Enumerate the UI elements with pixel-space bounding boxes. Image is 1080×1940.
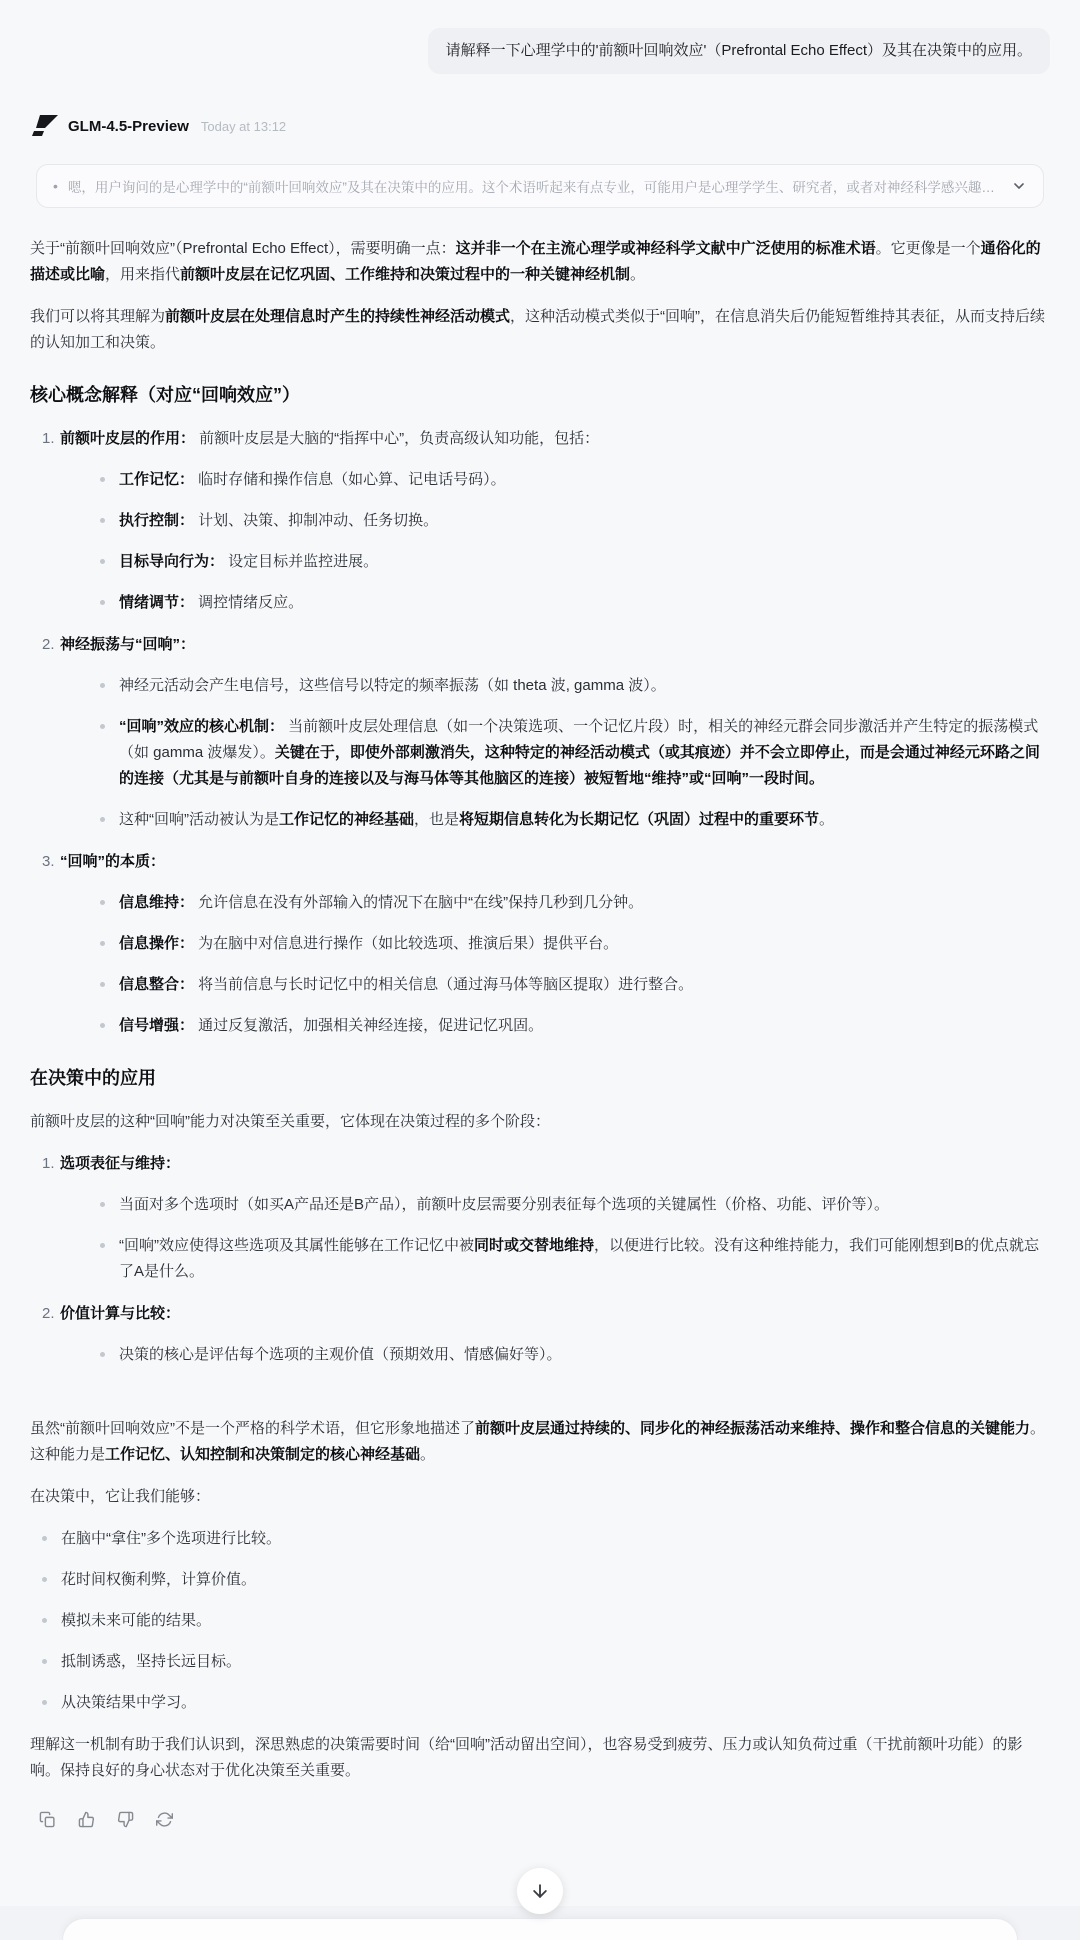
- list-number: 3.: [30, 849, 60, 875]
- bold-text: 执行控制：: [119, 512, 194, 529]
- bullet-dot-icon: [100, 817, 105, 822]
- message-timestamp: Today at 13:12: [201, 119, 286, 134]
- list-item: 信息整合： 将当前信息与长时记忆中的相关信息（通过海马体等脑区提取）进行整合。: [100, 972, 1050, 998]
- paragraph: 我们可以将其理解为前额叶皮层在处理信息时产生的持续性神经活动模式，这种活动模式类…: [30, 304, 1050, 356]
- copy-button[interactable]: [34, 1806, 60, 1832]
- text: 前额叶皮层是大脑的“指挥中心”，负责高级认知功能，包括：: [195, 430, 599, 447]
- text: 。: [420, 1446, 435, 1463]
- bullet-dot-icon: [42, 1536, 47, 1541]
- bullet-dot-icon: [100, 941, 105, 946]
- paragraph: 前额叶皮层的这种“回响”能力对决策至关重要，它体现在决策过程的多个阶段：: [30, 1109, 1050, 1135]
- list-item-text: 这种“回响”活动被认为是工作记忆的神经基础，也是将短期信息转化为长期记忆（巩固）…: [119, 807, 834, 833]
- text: 计划、决策、抑制冲动、任务切换。: [194, 512, 438, 529]
- list-item: 神经元活动会产生电信号，这些信号以特定的频率振荡（如 theta 波, gamm…: [100, 673, 1050, 699]
- list-item-text: 信息整合： 将当前信息与长时记忆中的相关信息（通过海马体等脑区提取）进行整合。: [119, 972, 693, 998]
- ordered-list-item: 1.前额叶皮层的作用： 前额叶皮层是大脑的“指挥中心”，负责高级认知功能，包括：…: [30, 426, 1050, 616]
- bold-text: 同时或交替地维持: [474, 1237, 594, 1254]
- list-item: 情绪调节： 调控情绪反应。: [100, 590, 1050, 616]
- text: 决策的核心是评估每个选项的主观价值（预期效用、情感偏好等）。: [119, 1346, 562, 1363]
- text: 从决策结果中学习。: [61, 1694, 196, 1711]
- list-item-text: 决策的核心是评估每个选项的主观价值（预期效用、情感偏好等）。: [119, 1342, 562, 1368]
- text: 花时间权衡利弊，计算价值。: [61, 1571, 256, 1588]
- list-item-text: 信号增强： 通过反复激活，加强相关神经连接，促进记忆巩固。: [119, 1013, 543, 1039]
- message-input[interactable]: [62, 1918, 1018, 1940]
- bold-text: 神经振荡与“回响”：: [60, 636, 195, 653]
- text: 我们可以将其理解为: [30, 308, 165, 325]
- thinking-preview-text: 嗯，用户询问的是心理学中的“前额叶回响效应”及其在决策中的应用。这个术语听起来有…: [68, 176, 1001, 196]
- user-message-bubble: 请解释一下心理学中的'前额叶回响效应'（Prefrontal Echo Effe…: [428, 28, 1050, 74]
- bullet-dot-icon: [100, 1202, 105, 1207]
- list-item-text: 前额叶皮层（尤其是眶额叶皮层和腹内侧前额叶皮层）负责整合关于选项的各种信息（事实…: [119, 1398, 907, 1400]
- assistant-message-body: 关于“前额叶回响效应”（Prefrontal Echo Effect），需要明确…: [30, 236, 1050, 1784]
- list-item-text: 从决策结果中学习。: [61, 1690, 196, 1716]
- assistant-name: GLM-4.5-Preview: [68, 118, 189, 135]
- user-message-text: 请解释一下心理学中的'前额叶回响效应'（Prefrontal Echo Effe…: [446, 42, 1032, 59]
- ordered-list-item: 2.价值计算与比较：决策的核心是评估每个选项的主观价值（预期效用、情感偏好等）。…: [30, 1301, 1050, 1400]
- list-item: 从决策结果中学习。: [42, 1690, 1050, 1716]
- bold-text: 前额叶皮层在记忆巩固、工作维持和决策过程中的一种关键神经机制: [180, 266, 630, 283]
- list-number: 2.: [30, 632, 60, 658]
- chat-page: 请解释一下心理学中的'前额叶回响效应'（Prefrontal Echo Effe…: [0, 0, 1080, 1832]
- list-number: 1.: [30, 1151, 60, 1177]
- text: 临时存储和操作信息（如心算、记电话号码）。: [194, 471, 506, 488]
- list-item-text: 花时间权衡利弊，计算价值。: [61, 1567, 256, 1593]
- list-item-text: 信息维持： 允许信息在没有外部输入的情况下在脑中“在线”保持几秒到几分钟。: [119, 890, 643, 916]
- text: 理解这一机制有助于我们认识到，深思熟虑的决策需要时间（给“回响”活动留出空间），…: [30, 1736, 1023, 1779]
- paragraph: 理解这一机制有助于我们认识到，深思熟虑的决策需要时间（给“回响”活动留出空间），…: [30, 1732, 1050, 1784]
- list-item: 当面对多个选项时（如买A产品还是B产品），前额叶皮层需要分别表征每个选项的关键属…: [100, 1192, 1050, 1218]
- text: 设定目标并监控进展。: [224, 553, 378, 570]
- thinking-bullet: •: [53, 178, 58, 194]
- unordered-list: 在脑中“拿住”多个选项进行比较。花时间权衡利弊，计算价值。模拟未来可能的结果。抵…: [42, 1526, 1050, 1716]
- text: 通过反复激活，加强相关神经连接，促进记忆巩固。: [194, 1017, 543, 1034]
- list-item-text: 在脑中“拿住”多个选项进行比较。: [61, 1526, 281, 1552]
- paragraph: 关于“前额叶回响效应”（Prefrontal Echo Effect），需要明确…: [30, 236, 1050, 288]
- list-item-head-text: “回响”的本质：: [60, 849, 1050, 875]
- list-item: 抵制诱惑，坚持长远目标。: [42, 1649, 1050, 1675]
- bullet-dot-icon: [100, 724, 105, 729]
- list-item: 这种“回响”活动被认为是工作记忆的神经基础，也是将短期信息转化为长期记忆（巩固）…: [100, 807, 1050, 833]
- list-item-text: 工作记忆： 临时存储和操作信息（如心算、记电话号码）。: [119, 467, 506, 493]
- text: 当面对多个选项时（如买A产品还是B产品），前额叶皮层需要分别表征每个选项的关键属…: [119, 1196, 889, 1213]
- clipped-list-item: 前额叶皮层（尤其是眶额叶皮层和腹内侧前额叶皮层）负责整合关于选项的各种信息（事实…: [100, 1383, 1050, 1400]
- bullet-dot-icon: [100, 477, 105, 482]
- chevron-down-icon[interactable]: [1011, 178, 1027, 194]
- text: 。: [819, 811, 834, 828]
- text: 为在脑中对信息进行操作（如比较选项、推演后果）提供平台。: [194, 935, 618, 952]
- bullet-dot-icon: [100, 518, 105, 523]
- list-item: 模拟未来可能的结果。: [42, 1608, 1050, 1634]
- thinking-collapsed-panel[interactable]: • 嗯，用户询问的是心理学中的“前额叶回响效应”及其在决策中的应用。这个术语听起…: [36, 164, 1044, 208]
- text: 在脑中“拿住”多个选项进行比较。: [61, 1530, 281, 1547]
- list-item-text: 目标导向行为： 设定目标并监控进展。: [119, 549, 378, 575]
- list-item-head-text: 价值计算与比较：: [60, 1301, 1050, 1327]
- bullet-dot-icon: [100, 1352, 105, 1357]
- list-item: 在脑中“拿住”多个选项进行比较。: [42, 1526, 1050, 1552]
- list-item: 信号增强： 通过反复激活，加强相关神经连接，促进记忆巩固。: [100, 1013, 1050, 1039]
- bold-text: 工作记忆、认知控制和决策制定的核心神经基础: [105, 1446, 420, 1463]
- bold-text: 目标导向行为：: [119, 553, 224, 570]
- list-item: 前额叶皮层（尤其是眶额叶皮层和腹内侧前额叶皮层）负责整合关于选项的各种信息（事实…: [100, 1398, 1050, 1400]
- text: 虽然“前额叶回响效应”不是一个严格的科学术语，但它形象地描述了: [30, 1420, 475, 1437]
- bullet-dot-icon: [100, 900, 105, 905]
- bold-text: 信号增强：: [119, 1017, 194, 1034]
- text: 。: [630, 266, 645, 283]
- regenerate-icon: [156, 1811, 173, 1828]
- bold-text: 工作记忆：: [119, 471, 194, 488]
- section-heading: 在决策中的应用: [30, 1065, 1050, 1091]
- text: 这种“回响”活动被认为是: [119, 811, 279, 828]
- bullet-dot-icon: [100, 1023, 105, 1028]
- list-item-text: “回响”效应使得这些选项及其属性能够在工作记忆中被同时或交替地维持，以便进行比较…: [119, 1233, 1050, 1285]
- list-item: 工作记忆： 临时存储和操作信息（如心算、记电话号码）。: [100, 467, 1050, 493]
- bold-text: 前额叶皮层的作用：: [60, 430, 195, 447]
- bullet-dot-icon: [42, 1659, 47, 1664]
- bullet-dot-icon: [42, 1700, 47, 1705]
- bold-text: 信息维持：: [119, 894, 194, 911]
- ordered-list-item: 3.“回响”的本质：信息维持： 允许信息在没有外部输入的情况下在脑中“在线”保持…: [30, 849, 1050, 1039]
- bold-text: 情绪调节：: [119, 594, 194, 611]
- list-item: 信息操作： 为在脑中对信息进行操作（如比较选项、推演后果）提供平台。: [100, 931, 1050, 957]
- text: ，也是: [414, 811, 459, 828]
- thumbs-down-button[interactable]: [112, 1806, 138, 1832]
- list-item-text: 信息操作： 为在脑中对信息进行操作（如比较选项、推演后果）提供平台。: [119, 931, 618, 957]
- list-item-text: 情绪调节： 调控情绪反应。: [119, 590, 303, 616]
- list-item: 目标导向行为： 设定目标并监控进展。: [100, 549, 1050, 575]
- assistant-header: GLM-4.5-Preview Today at 13:12: [32, 114, 1050, 138]
- list-number: 2.: [30, 1301, 60, 1327]
- thumbs-down-icon: [117, 1811, 134, 1828]
- bold-text: 信息操作：: [119, 935, 194, 952]
- list-item: 花时间权衡利弊，计算价值。: [42, 1567, 1050, 1593]
- bullet-dot-icon: [100, 982, 105, 987]
- list-item: 决策的核心是评估每个选项的主观价值（预期效用、情感偏好等）。: [100, 1342, 1050, 1368]
- regenerate-button[interactable]: [151, 1806, 177, 1832]
- list-item-head-text: 选项表征与维持：: [60, 1151, 1050, 1177]
- scroll-to-bottom-button[interactable]: [517, 1868, 563, 1914]
- paragraph: 虽然“前额叶回响效应”不是一个严格的科学术语，但它形象地描述了前额叶皮层通过持续…: [30, 1416, 1050, 1468]
- user-message-row: 请解释一下心理学中的'前额叶回响效应'（Prefrontal Echo Effe…: [30, 28, 1050, 74]
- list-item-text: 执行控制： 计划、决策、抑制冲动、任务切换。: [119, 508, 438, 534]
- text: “回响”效应使得这些选项及其属性能够在工作记忆中被: [119, 1237, 474, 1254]
- list-item: “回响”效应的核心机制： 当前额叶皮层处理信息（如一个决策选项、一个记忆片段）时…: [100, 714, 1050, 792]
- bold-text: “回响”效应的核心机制：: [119, 718, 284, 735]
- bold-text: 信息整合：: [119, 976, 194, 993]
- bold-text: 前额叶皮层在处理信息时产生的持续性神经活动模式: [165, 308, 510, 325]
- bold-text: 选项表征与维持：: [60, 1155, 180, 1172]
- list-item-head-text: 前额叶皮层的作用： 前额叶皮层是大脑的“指挥中心”，负责高级认知功能，包括：: [60, 426, 1050, 452]
- text: 神经元活动会产生电信号，这些信号以特定的频率振荡（如 theta 波, gamm…: [119, 677, 666, 694]
- list-item-text: 模拟未来可能的结果。: [61, 1608, 211, 1634]
- bullet-dot-icon: [100, 559, 105, 564]
- section-heading: 核心概念解释（对应“回响效应”）: [30, 382, 1050, 408]
- paragraph: 在决策中，它让我们能够：: [30, 1484, 1050, 1510]
- text: 调控情绪反应。: [194, 594, 303, 611]
- list-item-text: 当面对多个选项时（如买A产品还是B产品），前额叶皮层需要分别表征每个选项的关键属…: [119, 1192, 889, 1218]
- text: 前额叶皮层的这种“回响”能力对决策至关重要，它体现在决策过程的多个阶段：: [30, 1113, 550, 1130]
- list-item: 信息维持： 允许信息在没有外部输入的情况下在脑中“在线”保持几秒到几分钟。: [100, 890, 1050, 916]
- text: 关于“前额叶回响效应”（Prefrontal Echo Effect），需要明确…: [30, 240, 456, 257]
- message-actions: [34, 1806, 1050, 1832]
- bullet-dot-icon: [42, 1618, 47, 1623]
- ordered-list-item: 1.选项表征与维持：当面对多个选项时（如买A产品还是B产品），前额叶皮层需要分别…: [30, 1151, 1050, 1285]
- list-item: 执行控制： 计划、决策、抑制冲动、任务切换。: [100, 508, 1050, 534]
- bold-text: 价值计算与比较：: [60, 1305, 180, 1322]
- list-item: “回响”效应使得这些选项及其属性能够在工作记忆中被同时或交替地维持，以便进行比较…: [100, 1233, 1050, 1285]
- bold-text: “回响”的本质：: [60, 853, 165, 870]
- text: 在决策中，它让我们能够：: [30, 1488, 210, 1505]
- copy-icon: [39, 1811, 56, 1828]
- bold-text: 这并非一个在主流心理学或神经科学文献中广泛使用的标准术语: [456, 240, 876, 257]
- list-number: 1.: [30, 426, 60, 452]
- bold-text: 前额叶皮层通过持续的、同步化的神经振荡活动来维持、操作和整合信息的关键能力: [475, 1420, 1030, 1437]
- text: 允许信息在没有外部输入的情况下在脑中“在线”保持几秒到几分钟。: [194, 894, 643, 911]
- ordered-list-item: 2.神经振荡与“回响”：神经元活动会产生电信号，这些信号以特定的频率振荡（如 t…: [30, 632, 1050, 833]
- bullet-dot-icon: [42, 1577, 47, 1582]
- text: 模拟未来可能的结果。: [61, 1612, 211, 1629]
- bold-text: 工作记忆的神经基础: [279, 811, 414, 828]
- list-item-head-text: 神经振荡与“回响”：: [60, 632, 1050, 658]
- bold-text: 将短期信息转化为长期记忆（巩固）过程中的重要环节: [459, 811, 819, 828]
- arrow-down-icon: [530, 1881, 550, 1901]
- text: 抵制诱惑，坚持长远目标。: [61, 1653, 241, 1670]
- bullet-dot-icon: [100, 600, 105, 605]
- thumbs-up-icon: [78, 1811, 95, 1828]
- thumbs-up-button[interactable]: [73, 1806, 99, 1832]
- text: 。它更像是一个: [876, 240, 981, 257]
- text: 将当前信息与长时记忆中的相关信息（通过海马体等脑区提取）进行整合。: [194, 976, 693, 993]
- bullet-dot-icon: [100, 1243, 105, 1248]
- glm-logo-icon: [32, 114, 58, 138]
- list-item-text: “回响”效应的核心机制： 当前额叶皮层处理信息（如一个决策选项、一个记忆片段）时…: [119, 714, 1050, 792]
- bullet-dot-icon: [100, 683, 105, 688]
- list-item-text: 抵制诱惑，坚持长远目标。: [61, 1649, 241, 1675]
- list-item-text: 神经元活动会产生电信号，这些信号以特定的频率振荡（如 theta 波, gamm…: [119, 673, 666, 699]
- text: ，用来指代: [105, 266, 180, 283]
